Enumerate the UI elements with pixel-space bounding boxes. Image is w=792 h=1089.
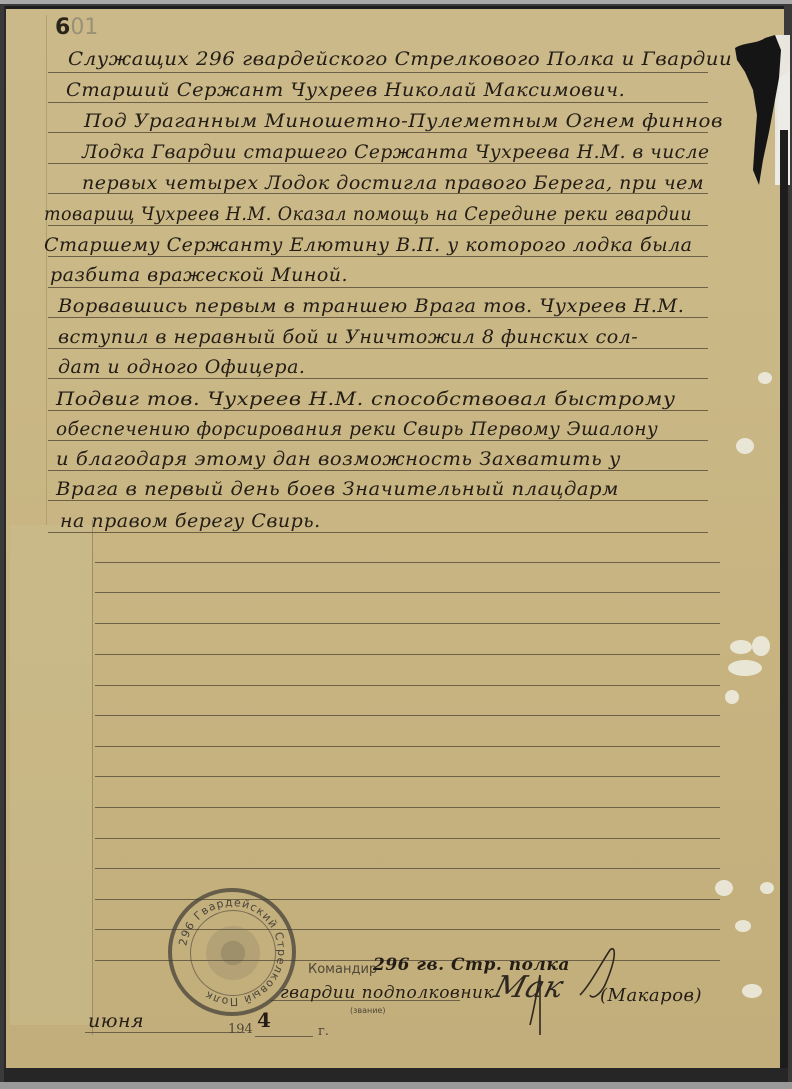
- paper-damage-spot: [725, 690, 739, 704]
- rule-line: [95, 715, 720, 716]
- scan-frame-top: [0, 0, 792, 4]
- paper-damage-spot: [730, 640, 752, 654]
- rule-line: [95, 592, 720, 593]
- body-line: товарищ Чухреев Н.М. Оказал помощь на Се…: [44, 203, 692, 225]
- commander-label: Командир: [308, 962, 377, 977]
- rule-line: [95, 868, 720, 869]
- body-line: разбита вражеской Миной.: [50, 264, 348, 286]
- scan-right-edge: [780, 130, 788, 1080]
- rule-line: [95, 654, 720, 655]
- paper-damage-spot: [752, 636, 770, 656]
- rule-line: [95, 746, 720, 747]
- rule-line: [95, 838, 720, 839]
- rule-line: [48, 378, 708, 379]
- body-line: первых четырех Лодок достигла правого Бе…: [82, 172, 704, 194]
- rule-line: [95, 562, 720, 563]
- rank-caption: (звание): [350, 1006, 385, 1015]
- paper-damage-spot: [715, 880, 733, 896]
- rule-line: [48, 470, 708, 471]
- rule-line: [95, 807, 720, 808]
- svg-text:296 Гвардейский Стрелковый Пол: 296 Гвардейский Стрелковый Полк: [176, 896, 288, 1008]
- official-seal-stamp: 296 Гвардейский Стрелковый Полк: [168, 888, 296, 1016]
- margin-line-lower: [92, 520, 93, 1035]
- body-line: Старшему Сержанту Елютину В.П. у которог…: [44, 234, 693, 256]
- body-line: Старший Сержант Чухреев Николай Максимов…: [66, 79, 625, 101]
- date-month: июня: [88, 1010, 144, 1032]
- rule-line: [95, 685, 720, 686]
- rule-line: [48, 132, 708, 133]
- body-line: Под Ураганным Миношетно-Пулеметным Огнем…: [84, 110, 723, 132]
- rule-line: [95, 623, 720, 624]
- rule-line: [48, 532, 708, 533]
- rule-line: [48, 348, 708, 349]
- rule-line: [48, 440, 708, 441]
- paper-damage-spot: [736, 438, 754, 454]
- body-line: Служащих 296 гвардейского Стрелкового По…: [68, 48, 732, 70]
- date-underline: [85, 1032, 245, 1033]
- body-line: на правом берегу Свирь.: [60, 510, 321, 532]
- scan-frame-bottom: [0, 1082, 792, 1089]
- rule-line: [48, 225, 708, 226]
- date-year-prefix: 194: [228, 1022, 253, 1037]
- sheet-number-suffix: 01: [70, 15, 98, 40]
- rule-line: [48, 72, 708, 73]
- rule-line: [48, 163, 708, 164]
- rule-line: [48, 287, 708, 288]
- year-underline: [255, 1036, 313, 1037]
- paper-damage-spot: [735, 920, 751, 932]
- paper-damage-spot: [728, 660, 762, 676]
- rule-line: [48, 317, 708, 318]
- rule-line: [48, 410, 708, 411]
- stamp-ring-text: 296 Гвардейский Стрелковый Полк: [172, 892, 292, 1012]
- body-line: и благодаря этому дан возможность Захват…: [56, 448, 621, 470]
- sheet-number: 601: [55, 15, 98, 40]
- body-line: Подвиг тов. Чухреев Н.М. способствовал б…: [56, 388, 676, 410]
- rule-line: [48, 102, 708, 103]
- paper-damage-spot: [760, 882, 774, 894]
- body-line: Ворвавшись первым в траншею Врага тов. Ч…: [58, 295, 684, 317]
- date-year-digit: 4: [257, 1008, 271, 1032]
- body-line: обеспечению форсирования реки Свирь Перв…: [56, 418, 658, 440]
- rule-line: [95, 776, 720, 777]
- sheet-number-prefix: 6: [55, 15, 70, 40]
- body-line: Врага в первый день боев Значительный пл…: [56, 478, 619, 500]
- body-line: дат и одного Офицера.: [58, 356, 305, 378]
- rule-line: [48, 256, 708, 257]
- body-line: вступил в неравный бой и Уничтожил 8 фин…: [58, 326, 638, 348]
- scan-bottom-edge: [4, 1068, 788, 1082]
- rule-line: [48, 500, 708, 501]
- commander-rank: гвардии подполковник: [280, 983, 494, 1003]
- paper-damage-spot: [758, 372, 772, 384]
- signatory-name: (Макаров): [600, 985, 702, 1006]
- body-line: Лодка Гвардии старшего Сержанта Чухреева…: [82, 141, 709, 163]
- margin-line-upper: [46, 15, 47, 525]
- left-margin-strip: [10, 525, 92, 1025]
- paper-damage-spot: [742, 984, 762, 998]
- document-sheet: [4, 6, 784, 1071]
- date-year-suffix: г.: [318, 1024, 329, 1039]
